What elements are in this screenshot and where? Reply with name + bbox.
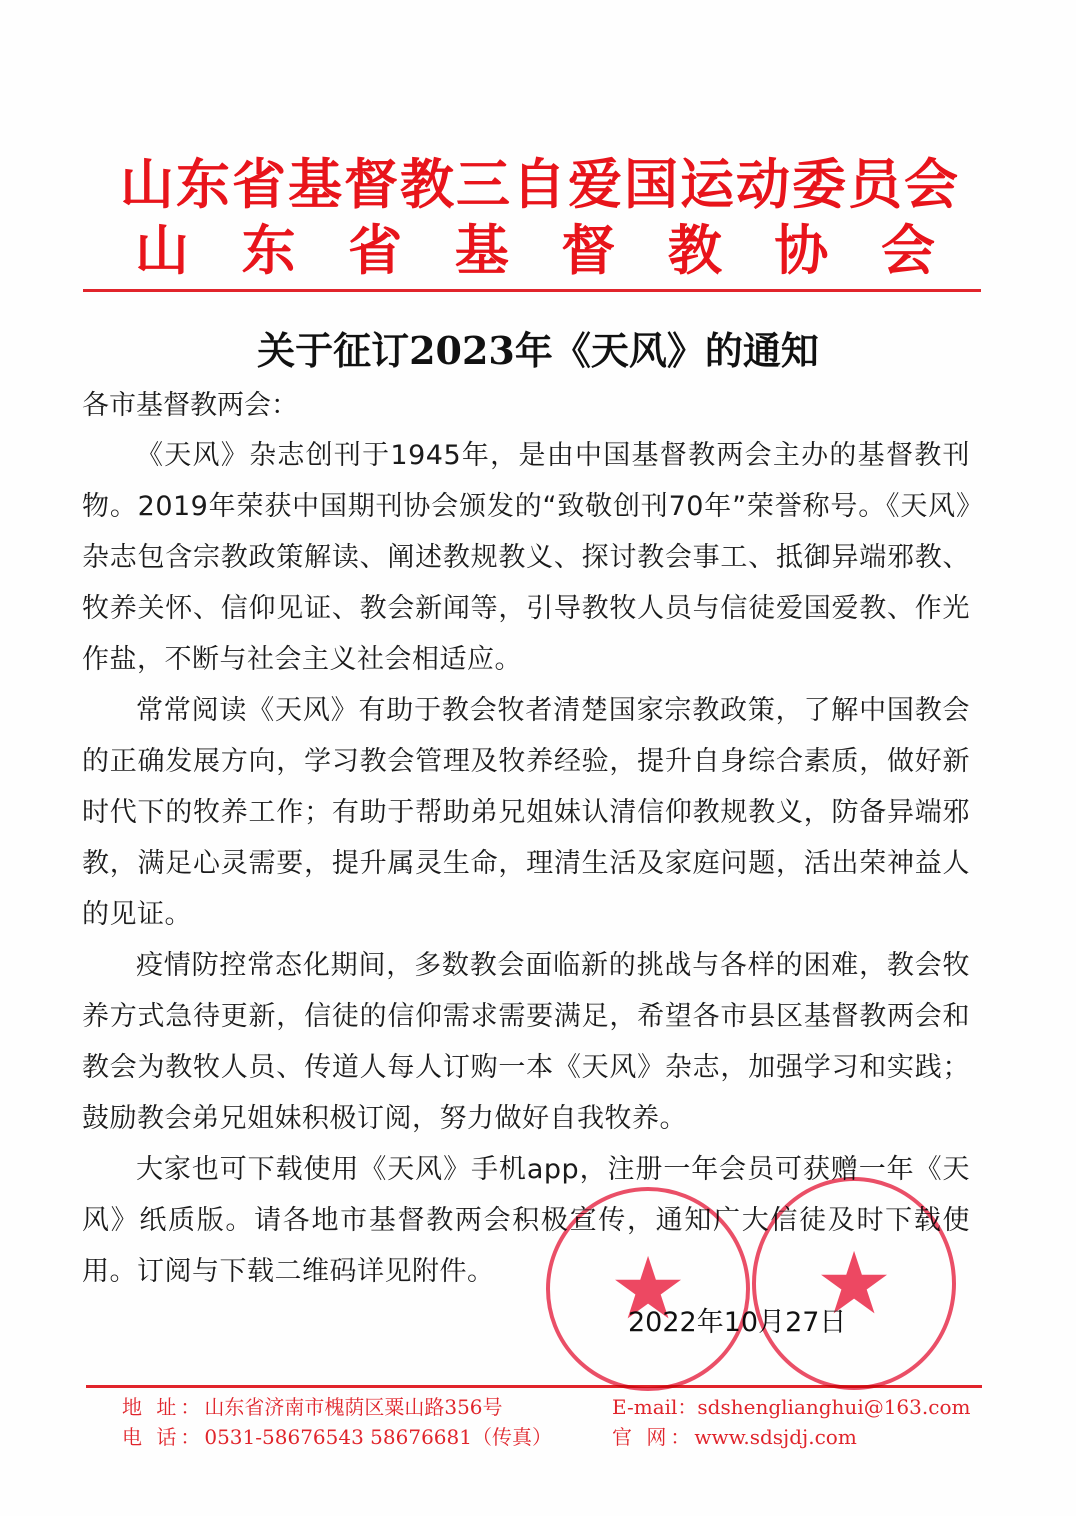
org-char: 东 [242, 218, 296, 284]
document-title: 关于征订2023年《天风》的通知 [0, 324, 1076, 378]
footer-email: E-mail：sdshenglianghui@163.com [612, 1392, 970, 1422]
star-icon: ★ [815, 1241, 892, 1327]
address-value: 山东省济南市槐荫区粟山路356号 [204, 1395, 502, 1419]
star-icon: ★ [609, 1246, 686, 1332]
phone-label: 电 话： [122, 1425, 204, 1449]
salutation: 各市基督教两会： [82, 384, 298, 428]
website-value[interactable]: www.sdsjdj.com [694, 1425, 856, 1449]
email-value[interactable]: sdshenglianghui@163.com [697, 1395, 970, 1419]
document-page: 山东省基督教三自爱国运动委员会 山 东 省 基 督 教 协 会 关于征订2023… [0, 0, 1076, 1516]
email-label: E-mail： [612, 1395, 697, 1419]
org-char: 教 [668, 218, 722, 284]
header-divider [83, 289, 981, 292]
org-char: 省 [348, 218, 402, 284]
paragraph-1: 《天风》杂志创刊于1945年，是由中国基督教两会主办的基督教刊物。2019年荣获… [82, 430, 970, 685]
footer-phone: 电 话：0531-58676543 58676681（传真） [122, 1422, 552, 1452]
paragraph-2: 常常阅读《天风》有助于教会牧者清楚国家宗教政策，了解中国教会的正确发展方向，学习… [82, 685, 970, 940]
footer-contact-right: E-mail：sdshenglianghui@163.com 官 网：www.s… [612, 1392, 970, 1452]
org-char: 基 [455, 218, 509, 284]
website-label: 官 网： [612, 1425, 694, 1449]
org-char: 会 [881, 218, 935, 284]
footer-website: 官 网：www.sdsjdj.com [612, 1422, 970, 1452]
address-label: 地 址： [122, 1395, 204, 1419]
org-char: 协 [774, 218, 828, 284]
footer-address: 地 址：山东省济南市槐荫区粟山路356号 [122, 1392, 552, 1422]
org-char: 督 [561, 218, 615, 284]
official-seal-2: ★ [752, 1177, 956, 1390]
org-char: 山 [135, 218, 189, 284]
organization-name-1: 山东省基督教三自爱国运动委员会 [120, 150, 950, 220]
organization-name-2: 山 东 省 基 督 教 协 会 [135, 218, 935, 284]
document-body: 《天风》杂志创刊于1945年，是由中国基督教两会主办的基督教刊物。2019年荣获… [82, 430, 970, 1297]
official-seal-1: ★ [546, 1187, 750, 1391]
phone-value: 0531-58676543 58676681（传真） [204, 1425, 552, 1449]
paragraph-3: 疫情防控常态化期间，多数教会面临新的挑战与各样的困难，教会牧养方式急待更新，信徒… [82, 940, 970, 1144]
footer-contact-left: 地 址：山东省济南市槐荫区粟山路356号 电 话：0531-58676543 5… [122, 1392, 552, 1452]
